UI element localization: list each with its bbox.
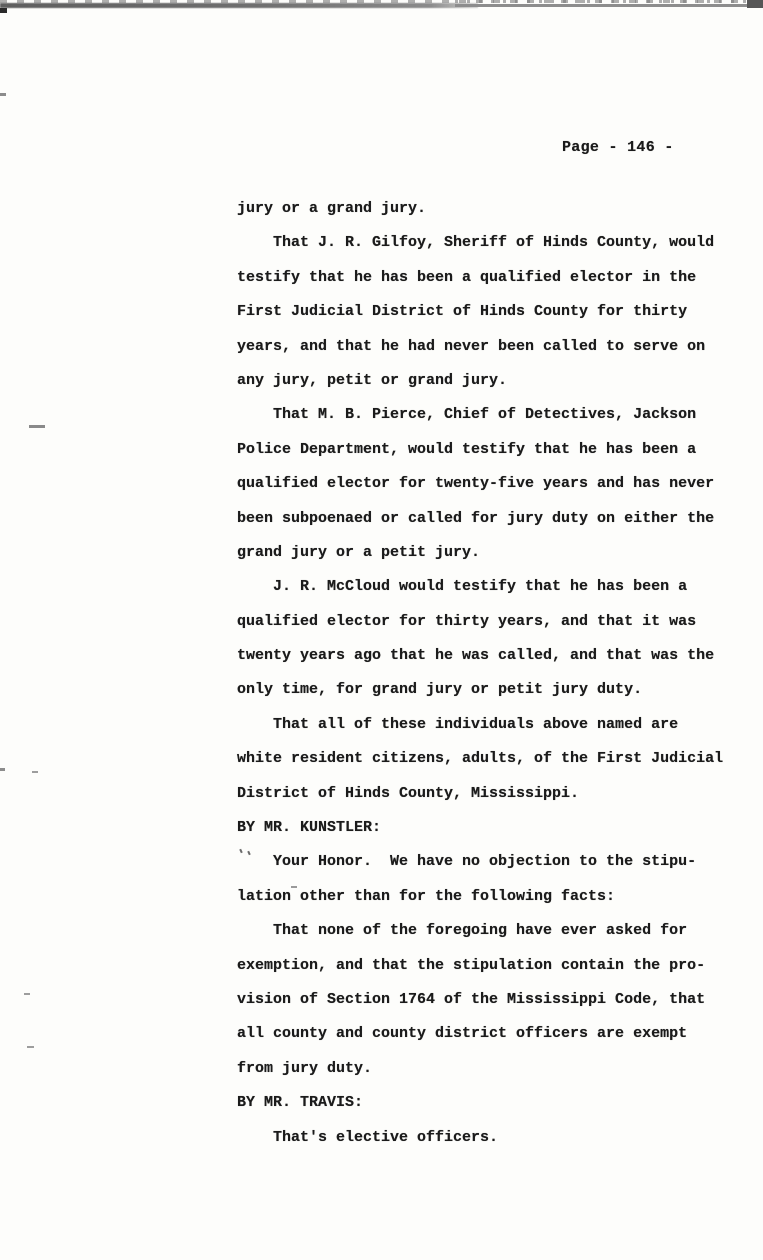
transcript-line: any jury, petit or grand jury. [237, 364, 737, 398]
transcript-line: That none of the foregoing have ever ask… [237, 914, 737, 948]
transcript-line: years, and that he had never been called… [237, 330, 737, 364]
transcript-line: That all of these individuals above name… [237, 708, 737, 742]
transcript-line: qualified elector for twenty-five years … [237, 467, 737, 501]
scan-speck [24, 993, 30, 995]
page-number: Page - 146 - [562, 139, 674, 156]
transcript-line: Police Department, would testify that he… [237, 433, 737, 467]
transcript-line: all county and county district officers … [237, 1017, 737, 1051]
transcript-line: District of Hinds County, Mississippi. [237, 777, 737, 811]
transcript-line: That's elective officers. [237, 1121, 737, 1155]
scan-left-edge-tick [0, 8, 7, 13]
transcript-line: only time, for grand jury or petit jury … [237, 673, 737, 707]
scan-edge-thin-line [455, 4, 763, 7]
transcript-line: That M. B. Pierce, Chief of Detectives, … [237, 398, 737, 432]
transcript-line: testify that he has been a qualified ele… [237, 261, 737, 295]
scan-speck [0, 93, 6, 96]
scan-edge-dark-band [0, 3, 478, 8]
transcript-line: BY MR. TRAVIS: [237, 1086, 737, 1120]
transcript-line: been subpoenaed or called for jury duty … [237, 502, 737, 536]
transcript-line: J. R. McCloud would testify that he has … [237, 570, 737, 604]
scan-corner-blot [747, 0, 763, 8]
transcript-line: grand jury or a petit jury. [237, 536, 737, 570]
transcript-line: qualified elector for thirty years, and … [237, 605, 737, 639]
transcript-line: vision of Section 1764 of the Mississipp… [237, 983, 737, 1017]
transcript-line: exemption, and that the stipulation cont… [237, 949, 737, 983]
transcript-line: from jury duty. [237, 1052, 737, 1086]
transcript-line: First Judicial District of Hinds County … [237, 295, 737, 329]
transcript-body: jury or a grand jury. That J. R. Gilfoy,… [237, 192, 737, 1155]
scan-speck [32, 771, 38, 773]
transcript-line: BY MR. KUNSTLER: [237, 811, 737, 845]
scan-edge-speckles [455, 0, 763, 3]
scan-speck [27, 1046, 34, 1048]
scan-margin-dash [29, 425, 45, 428]
scanned-transcript-page: Page - 146 - jury or a grand jury. That … [0, 0, 763, 1260]
transcript-line: white resident citizens, adults, of the … [237, 742, 737, 776]
transcript-line: jury or a grand jury. [237, 192, 737, 226]
transcript-line: twenty years ago that he was called, and… [237, 639, 737, 673]
transcript-line: That J. R. Gilfoy, Sheriff of Hinds Coun… [237, 226, 737, 260]
scan-speck [0, 768, 5, 771]
transcript-line: Your Honor. We have no objection to the … [237, 845, 737, 879]
transcript-line: lation other than for the following fact… [237, 880, 737, 914]
